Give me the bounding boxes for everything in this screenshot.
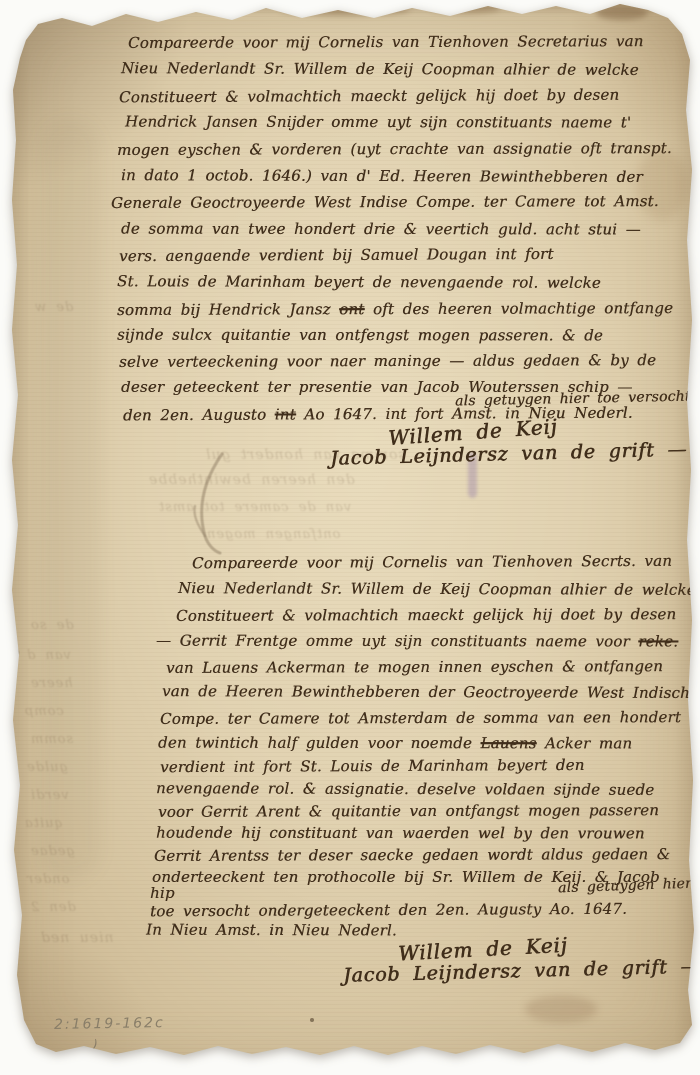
bleedthrough-line: nieu ned xyxy=(40,930,114,946)
manuscript-line: selve verteeckening voor naer maninge — … xyxy=(119,351,656,371)
manuscript-line: Compe. ter Camere tot Amsterdam de somma… xyxy=(160,708,681,728)
manuscript-line: Constitueert & volmachtich maeckt gelijc… xyxy=(176,605,676,625)
manuscript-line: toe versocht ondergeteeckent den 2en. Au… xyxy=(150,900,627,920)
manuscript-line: St. Louis de Marinham beyert de nevengae… xyxy=(117,272,601,292)
bleedthrough-line: gulde xyxy=(26,760,68,775)
manuscript-line: sijnde sulcx quitantie van ontfengst mog… xyxy=(117,326,603,345)
stain xyxy=(430,3,500,14)
manuscript-paper: somma van hondert gulden heeren bewinthe… xyxy=(0,0,700,1075)
manuscript-line: verdient int fort St. Louis de Marinham … xyxy=(160,756,585,776)
bleedthrough-line: comp xyxy=(24,704,64,719)
manuscript-line: Compareerde voor mij Cornelis van Tienho… xyxy=(192,552,672,573)
manuscript-line: Nieu Nederlandt Sr. Willem de Keij Coopm… xyxy=(121,59,639,79)
manuscript-line: Hendrick Jansen Snijder omme uyt sijn co… xyxy=(125,113,631,132)
manuscript-line: den twintich half gulden voor noemde Lau… xyxy=(158,734,632,753)
paper-sheet: somma van hondert gulden heeren bewinthe… xyxy=(0,0,700,1075)
manuscript-line: houdende hij constituant van waerden wel… xyxy=(156,824,645,843)
manuscript-line: mogen eyschen & vorderen (uyt crachte va… xyxy=(117,139,672,159)
manuscript-line: als getuygen hier xyxy=(558,876,692,897)
manuscript-line: nevengaende rol. & assignatie. deselve v… xyxy=(156,779,654,799)
manuscript-line: — Gerrit Frentge omme uyt sijn constitua… xyxy=(156,632,678,651)
manuscript-line: van de Heeren Bewinthebberen der Geoctro… xyxy=(162,682,699,702)
stain xyxy=(280,4,410,16)
bleedthrough-line: heere xyxy=(30,676,73,691)
catalog-tick-mark: ) xyxy=(90,1038,99,1054)
paper-fleck xyxy=(5,754,13,764)
manuscript-line: In Nieu Amst. in Nieu Nederl. xyxy=(146,921,397,940)
manuscript-line: hip xyxy=(150,884,175,902)
bleedthrough-line: quita xyxy=(24,816,63,831)
manuscript-line: Compareerde voor mij Cornelis van Tienho… xyxy=(128,32,644,52)
manuscript-line: de somma van twee hondert drie & veertic… xyxy=(121,220,641,239)
signature-line: Jacob Leijndersz van de grift — xyxy=(330,438,688,469)
manuscript-line: Gerrit Arentss ter deser saecke gedaen w… xyxy=(154,845,670,865)
bleedthrough-line: somm xyxy=(30,732,73,747)
manuscript-line: voor Gerrit Arent & quitantie van ontfan… xyxy=(158,801,659,821)
bleedthrough-line: de w xyxy=(34,300,73,315)
ink-dot xyxy=(310,1018,314,1022)
manuscript-line: Generale Geoctroyeerde West Indise Compe… xyxy=(111,192,659,212)
bleedthrough-line: gedae xyxy=(30,844,75,859)
manuscript-line: van Lauens Ackerman te mogen innen eysch… xyxy=(166,657,663,677)
scanned-document: somma van hondert gulden heeren bewinthe… xyxy=(0,0,700,1075)
manuscript-line: somma bij Hendrick Jansz ont oft des hee… xyxy=(117,299,673,319)
bleedthrough-line: ontfangen mogen xyxy=(206,527,340,542)
manuscript-line: Constitueert & volmachtich maeckt gelijc… xyxy=(119,86,619,107)
paper-fleck xyxy=(12,648,19,657)
bleedthrough-line: onder xyxy=(26,872,69,887)
stain xyxy=(596,6,648,20)
catalog-mark: 2:1619-162c xyxy=(54,1015,165,1033)
manuscript-line: in dato 1 octob. 1646.) van d' Ed. Heere… xyxy=(121,166,643,186)
bleedthrough-line: de so xyxy=(30,618,74,633)
bleedthrough-line: verdi xyxy=(30,788,69,803)
manuscript-line: Nieu Nederlandt Sr. Willem de Keij Coopm… xyxy=(178,579,700,599)
bleedthrough-line: van d xyxy=(26,648,71,663)
bleedthrough-line: van de camere tot amst xyxy=(158,500,351,515)
stain xyxy=(525,995,597,1023)
bleedthrough-line: den 2 xyxy=(30,900,76,915)
bleedthrough-line: den heeren bewinthebbe xyxy=(148,472,355,488)
manuscript-line: vers. aengaende verdient bij Samuel Doug… xyxy=(119,245,554,265)
signature-line: Jacob Leijndersz van de grift — xyxy=(343,955,700,986)
